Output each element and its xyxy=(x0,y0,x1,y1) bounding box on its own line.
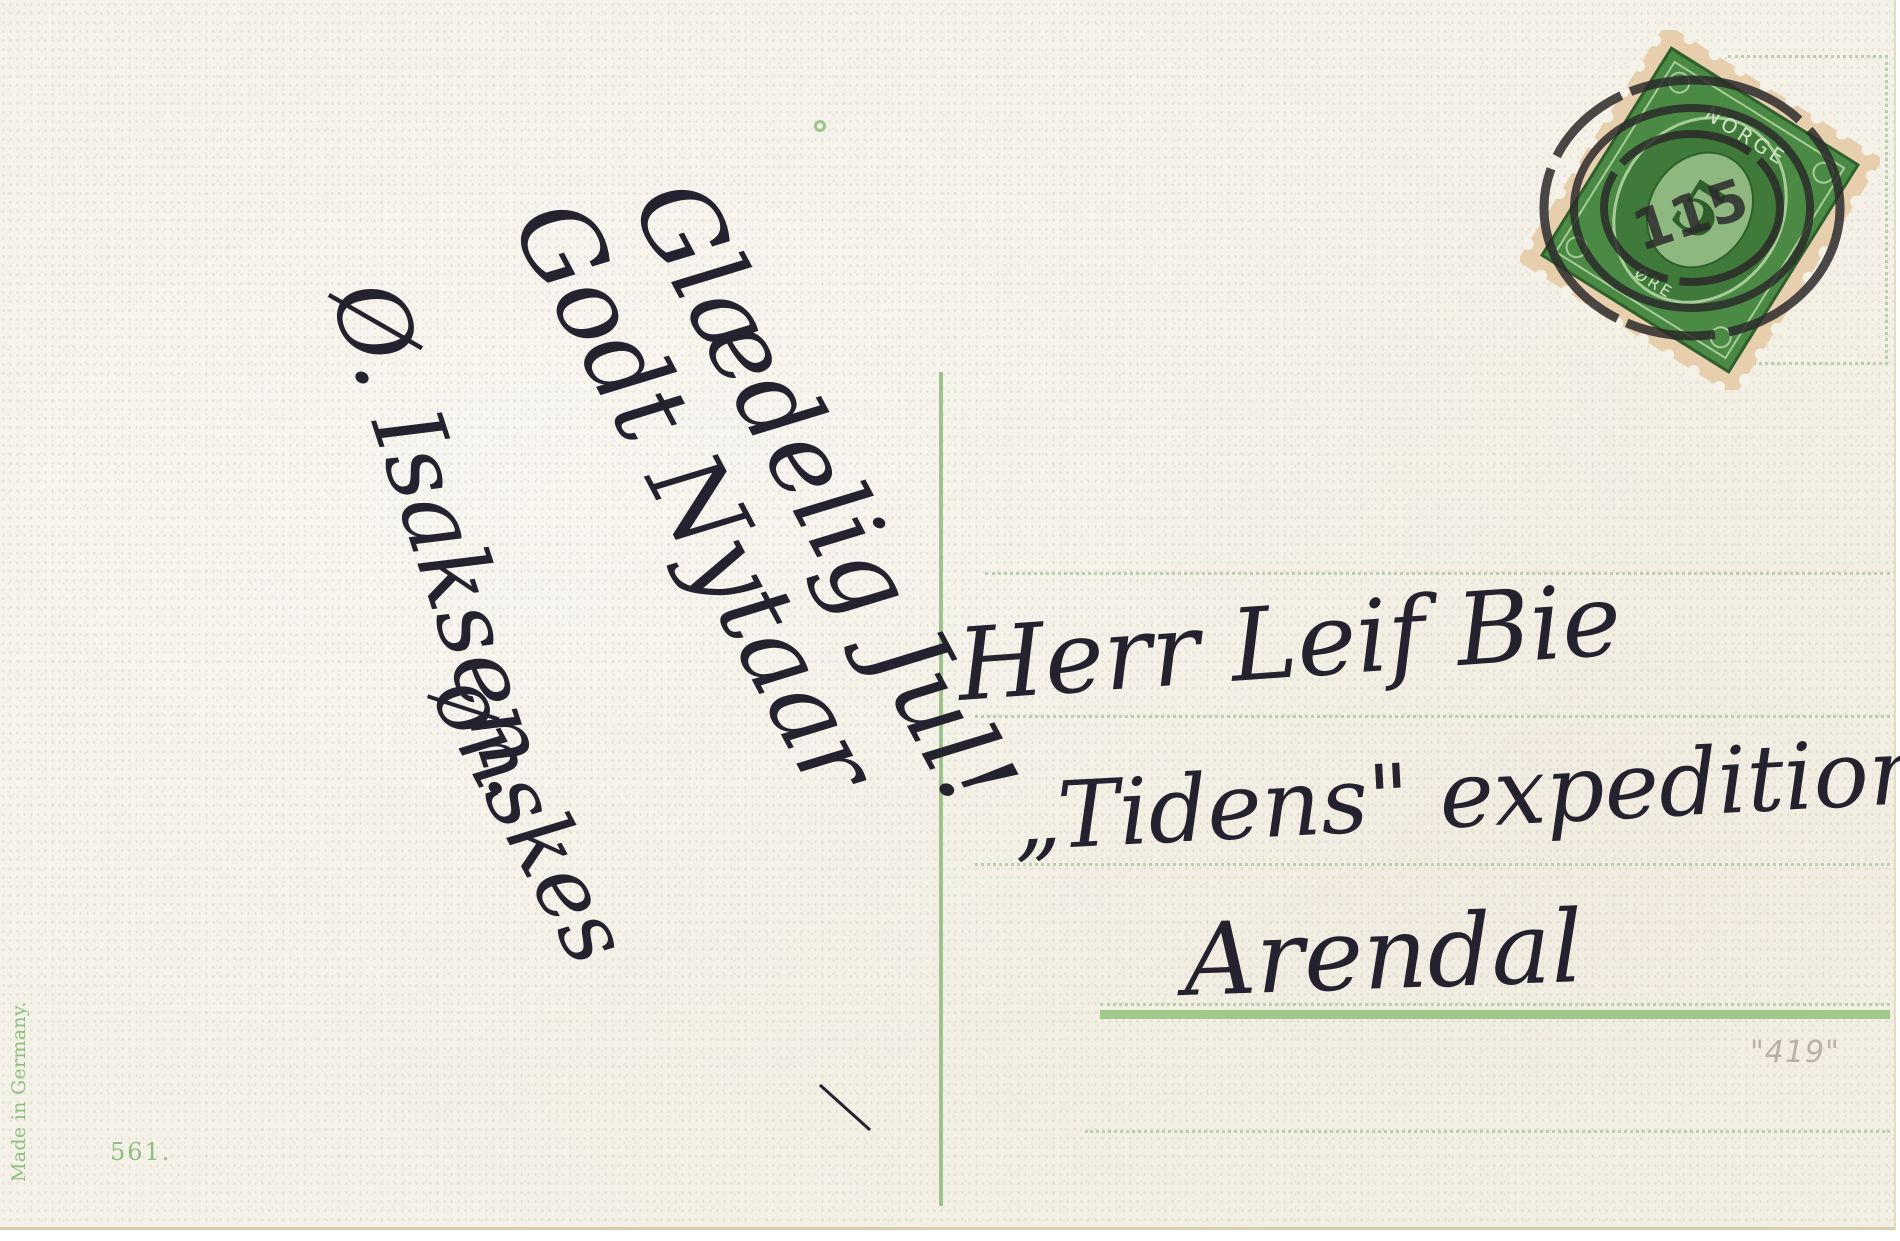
printed-ornament-icon xyxy=(814,120,826,132)
postcard: Made in Germany. 561. xyxy=(0,0,1896,1230)
handwritten-message: Glædelig Jul! Godt Nytaar ønskes Ø. Isak… xyxy=(300,175,920,1155)
address-line-organization: „Tidens" expedition xyxy=(1011,717,1900,872)
card-number: 561. xyxy=(110,1138,171,1166)
pencil-note: "419" xyxy=(1750,1035,1840,1070)
address-line-5 xyxy=(1085,1130,1890,1133)
handwritten-address: Herr Leif Bie „Tidens" expedition Arenda… xyxy=(955,560,1895,1040)
postage-stamp: 5 NORGE ØRE 115 xyxy=(1520,30,1880,390)
address-line-recipient: Herr Leif Bie xyxy=(952,561,1625,724)
stamp-icon: 5 NORGE ØRE 115 xyxy=(1520,30,1880,390)
made-in-germany-label: Made in Germany. xyxy=(8,1001,30,1182)
address-line-city: Arendal xyxy=(1174,888,1585,1019)
